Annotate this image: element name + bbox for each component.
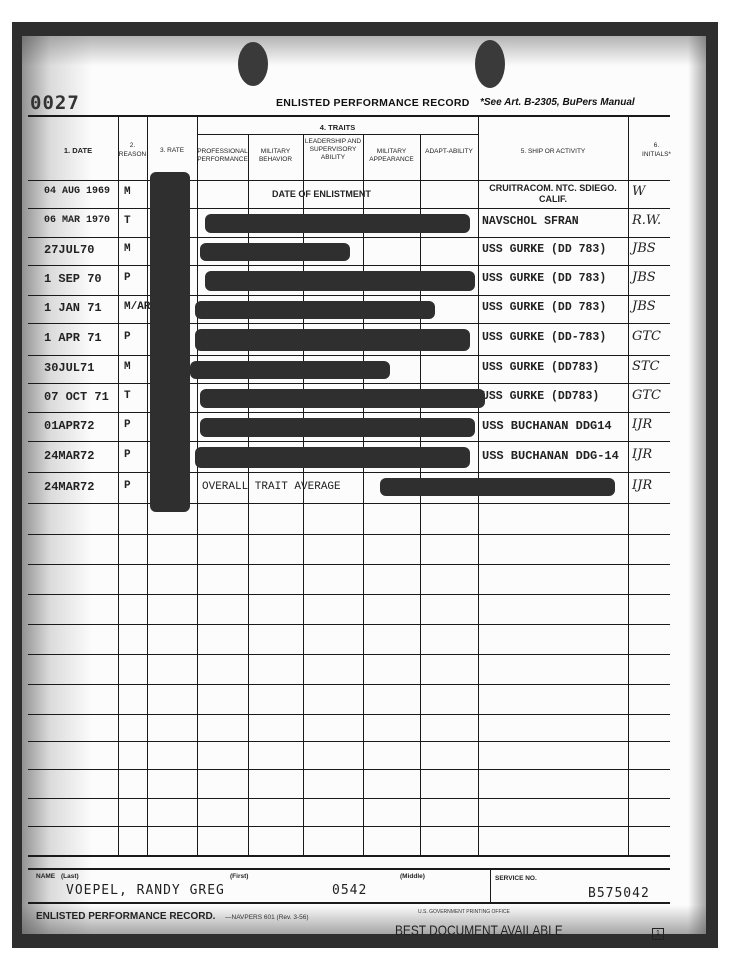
col-header-reason: REASON [118, 151, 147, 159]
row-date: 04 AUG 1969 [44, 186, 110, 197]
row-initials: W [632, 184, 645, 199]
last-label: (Last) [61, 873, 79, 880]
col-header-rate: 3. RATE [147, 147, 197, 155]
column-rule [147, 117, 148, 855]
col-header-reason-number: 2. [118, 142, 147, 150]
redaction-bar [195, 329, 470, 351]
row-rule [28, 237, 670, 238]
row-rule [28, 295, 670, 296]
row-rule [28, 412, 670, 413]
row-initials: STC [632, 359, 660, 374]
redaction-bar [190, 361, 390, 379]
row-rule [28, 441, 670, 442]
row-ship: USS GURKE (DD783) [482, 390, 599, 403]
column-rule [197, 117, 198, 855]
col-header-trait-2: MILITARY BEHAVIOR [248, 148, 303, 164]
row-reason: M [124, 243, 131, 255]
row-date: 01APR72 [44, 419, 94, 433]
col-header-date: 1. DATE [38, 147, 118, 155]
row-rule [28, 769, 670, 770]
service-no-label: SERVICE NO. [495, 875, 537, 882]
name-bottom-rule [28, 902, 670, 904]
row-reason: P [124, 272, 131, 284]
row-ship: USS GURKE (DD 783) [482, 272, 606, 285]
redaction-bar [195, 301, 435, 319]
row-initials: JBS [632, 270, 656, 285]
row-initials: JBS [632, 299, 656, 314]
row-rule [28, 798, 670, 799]
header-top-rule [28, 115, 670, 117]
rate-column-redaction [150, 172, 190, 512]
redaction-bar [200, 418, 475, 437]
row-rule [28, 323, 670, 324]
row-initials: GTC [632, 329, 661, 344]
best-available-stamp: BEST DOCUMENT AVAILABLE [395, 922, 563, 938]
row-ship: USS BUCHANAN DDG14 [482, 419, 612, 433]
service-no-value: B575042 [588, 886, 650, 901]
punch-hole-right [475, 40, 505, 88]
row-ship: USS BUCHANAN DDG-14 [482, 449, 619, 463]
row-rule [28, 594, 670, 595]
row-ship: CRUITRACOM. NTC. SDIEGO. CALIF. [478, 183, 628, 205]
col-header-trait-4: MILITARY APPEARANCE [363, 148, 420, 164]
row-reason: M/AR [124, 301, 150, 313]
redaction-bar [380, 478, 615, 496]
row-traits-text: DATE OF ENLISTMENT [272, 189, 371, 200]
col-header-trait-5: ADAPT-ABILITY [420, 148, 478, 156]
row-reason: M [124, 186, 131, 198]
column-rule [363, 134, 364, 855]
scan-noise-top [22, 36, 706, 66]
column-rule [628, 117, 629, 855]
scan-noise-right [688, 36, 706, 934]
row-ship: NAVSCHOL SFRAN [482, 215, 579, 228]
form-reference: *See Art. B-2305, BuPers Manual [480, 97, 635, 108]
row-rule [28, 208, 670, 209]
row-ship: USS GURKE (DD 783) [482, 301, 606, 314]
row-ship: USS GURKE (DD783) [482, 361, 599, 374]
row-reason: T [124, 390, 131, 402]
name-label: NAME (Last) [36, 873, 79, 880]
punch-hole-left [238, 42, 268, 86]
row-rule [28, 714, 670, 715]
name-label-text: NAME [36, 873, 55, 880]
row-initials: IJR [632, 478, 652, 493]
number-value: 0542 [332, 883, 367, 898]
redaction-bar [200, 389, 485, 408]
row-initials: IJR [632, 417, 652, 432]
row-rule [28, 624, 670, 625]
row-reason: P [124, 449, 131, 461]
col-header-trait-3: LEADERSHIP AND SUPERVISORY ABILITY [303, 138, 363, 162]
row-rule [28, 534, 670, 535]
row-initials: JBS [632, 241, 656, 256]
name-top-rule [28, 868, 670, 870]
footer-form-revision: —NAVPERS 601 (Rev. 3-56) [225, 914, 309, 921]
row-rule [28, 265, 670, 266]
row-date: 1 SEP 70 [44, 272, 102, 286]
redaction-bar [200, 243, 350, 261]
traits-subrule [197, 134, 478, 135]
footer-form-title: ENLISTED PERFORMANCE RECORD. [36, 911, 215, 922]
row-rule [28, 684, 670, 685]
printing-office: U.S. GOVERNMENT PRINTING OFFICE [418, 909, 510, 915]
row-rule [28, 472, 670, 473]
row-reason: P [124, 331, 131, 343]
name-value: VOEPEL, RANDY GREG [66, 883, 225, 898]
row-reason: P [124, 419, 131, 431]
row-date: 24MAR72 [44, 480, 94, 494]
redaction-bar [205, 271, 475, 291]
row-rule [28, 180, 670, 181]
service-no-divider [490, 868, 491, 902]
row-initials: GTC [632, 388, 661, 403]
row-reason: P [124, 480, 131, 492]
col-header-initials-number: 6. [628, 142, 685, 150]
row-date: 07 OCT 71 [44, 390, 109, 404]
form-number: 0027 [30, 92, 80, 114]
row-rule [28, 383, 670, 384]
col-header-initials: INITIALS* [628, 151, 685, 159]
row-date: 06 MAR 1970 [44, 215, 110, 226]
row-rule [28, 355, 670, 356]
row-initials: IJR [632, 447, 652, 462]
first-label: (First) [230, 873, 248, 880]
form-title: ENLISTED PERFORMANCE RECORD [276, 97, 470, 109]
row-date: 27JUL70 [44, 243, 94, 257]
row-date: 24MAR72 [44, 449, 94, 463]
row-rule [28, 654, 670, 655]
row-reason: M [124, 361, 131, 373]
row-reason: T [124, 215, 131, 227]
row-ship: USS GURKE (DD-783) [482, 331, 606, 344]
redaction-bar [195, 447, 470, 468]
row-rule [28, 741, 670, 742]
middle-label: (Middle) [400, 873, 425, 880]
row-traits-text: OVERALL TRAIT AVERAGE [202, 481, 341, 493]
row-rule [28, 503, 670, 504]
row-date: 30JUL71 [44, 361, 94, 375]
page-marker: 1 [652, 928, 664, 940]
row-ship: USS GURKE (DD 783) [482, 243, 606, 256]
col-header-traits: 4. TRAITS [197, 124, 478, 132]
row-date: 1 APR 71 [44, 331, 102, 345]
col-header-trait-1: PROFESSIONAL PERFORMANCE [197, 148, 248, 164]
row-initials: R.W. [632, 213, 661, 228]
row-date: 1 JAN 71 [44, 301, 102, 315]
redaction-bar [205, 214, 470, 233]
table-bottom-rule [28, 855, 670, 857]
row-rule [28, 564, 670, 565]
column-rule [118, 117, 119, 855]
row-rule [28, 826, 670, 827]
col-header-ship: 5. SHIP OR ACTIVITY [478, 148, 628, 156]
